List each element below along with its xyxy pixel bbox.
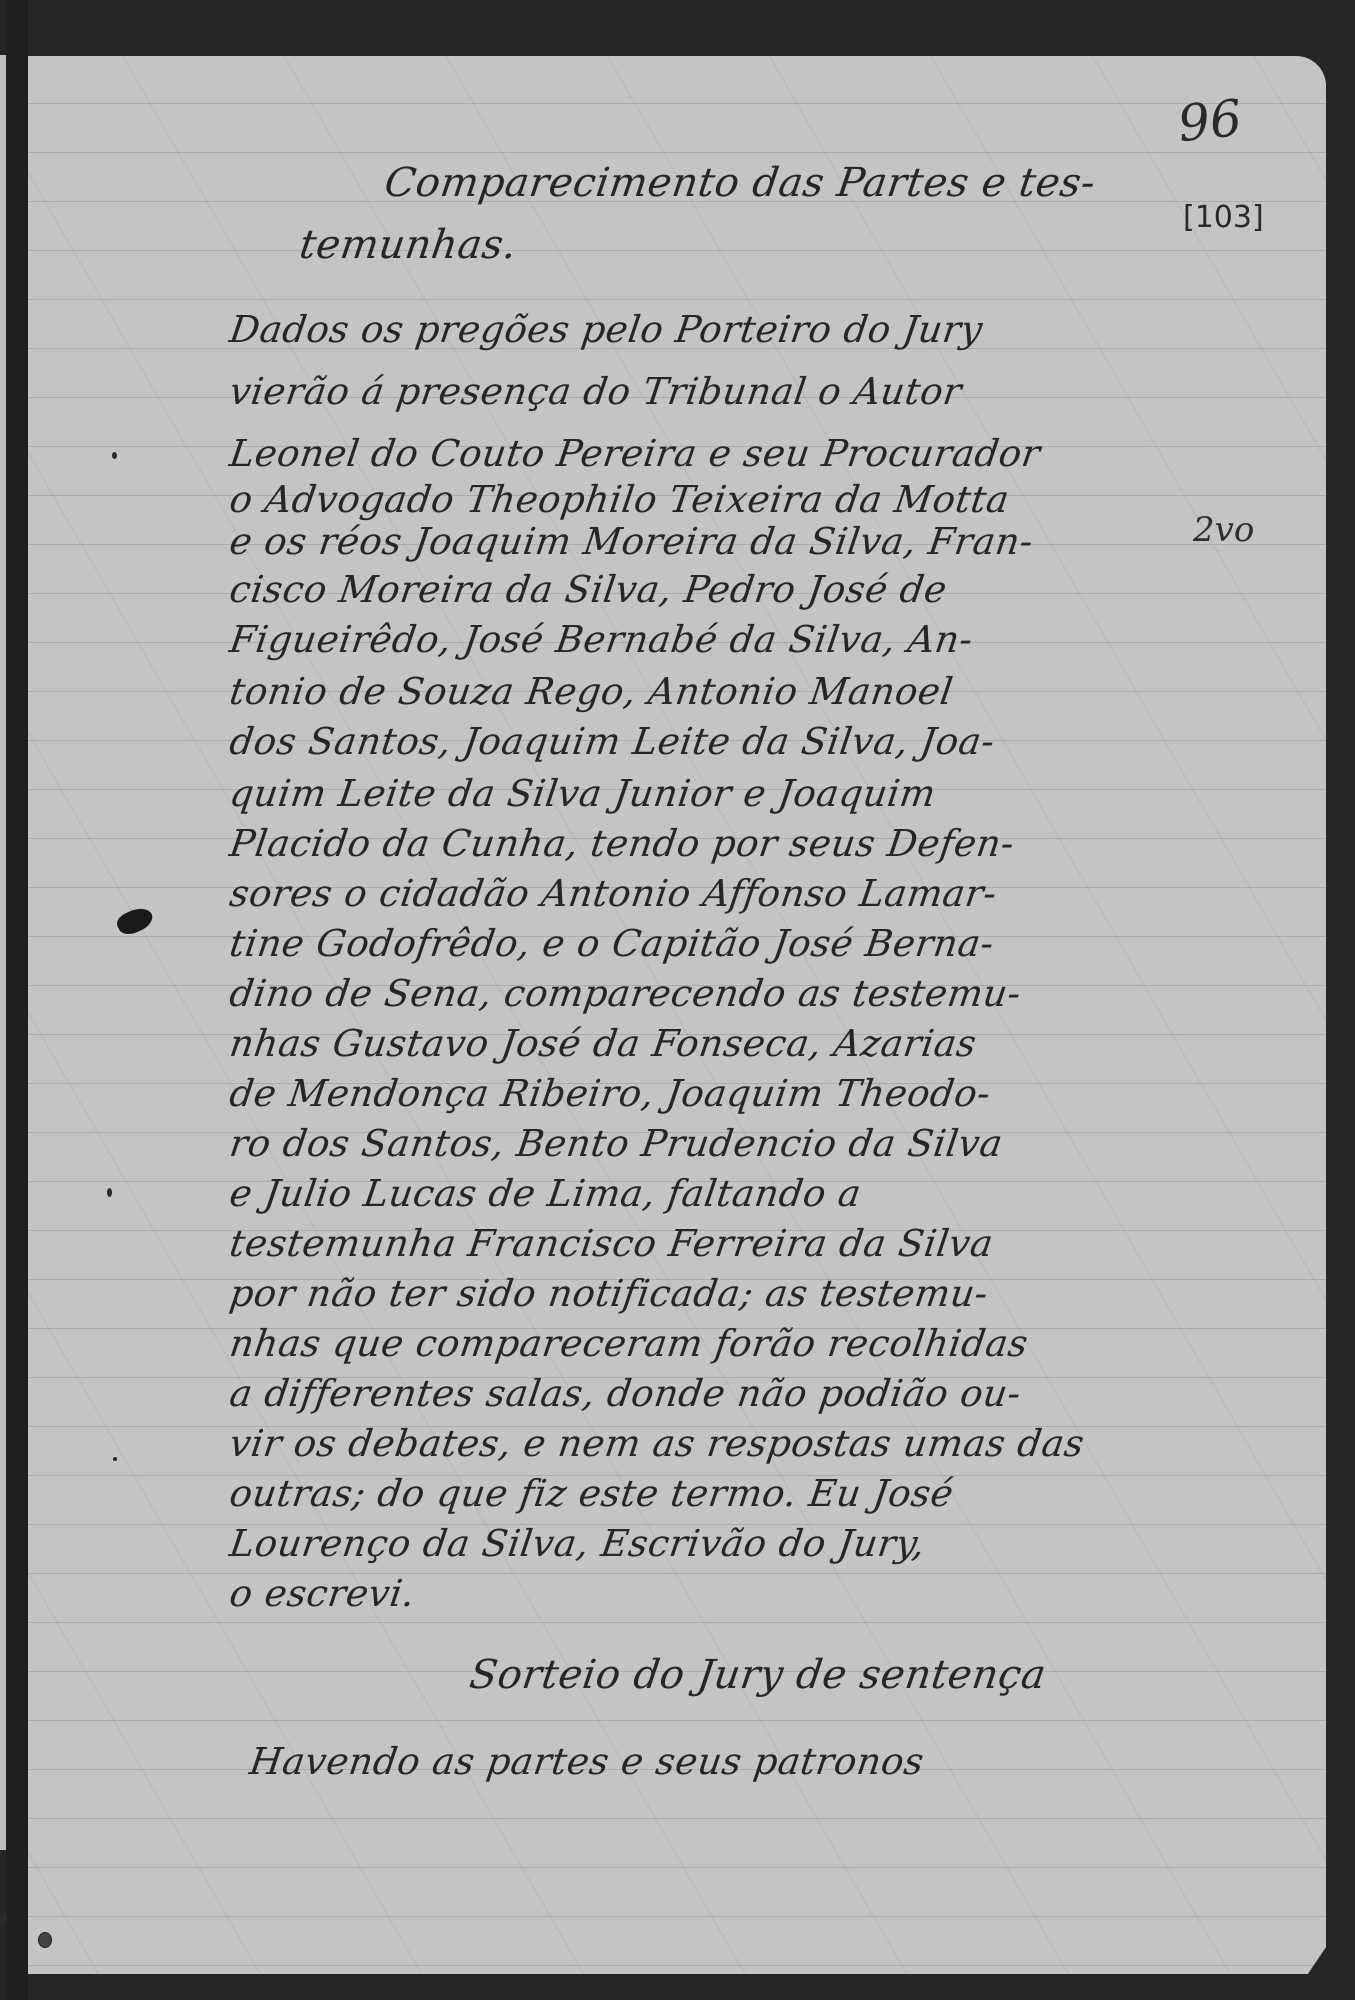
body-line: o escrevi. [227, 1572, 1203, 1615]
adjacent-page-strip [0, 55, 6, 1850]
body-line: ro dos Santos, Bento Prudencio da Silva [227, 1122, 1203, 1165]
body-line: e os réos Joaquim Moreira da Silva, Fran… [227, 520, 1203, 563]
ink-speck [112, 452, 117, 459]
binding-hole [0, 1912, 7, 1924]
body-line: de Mendonça Ribeiro, Joaquim Theodo- [227, 1072, 1203, 1115]
body-line: sores o cidadão Antonio Affonso Lamar- [227, 872, 1203, 915]
body-line: Lourenço da Silva, Escrivão do Jury, [227, 1522, 1203, 1565]
body-line: vir os debates, e nem as respostas umas … [227, 1422, 1203, 1465]
body-line: Figueirêdo, José Bernabé da Silva, An- [227, 618, 1203, 661]
body-line: tonio de Souza Rego, Antonio Manoel [227, 670, 1203, 713]
body-line: nhas Gustavo José da Fonseca, Azarias [227, 1022, 1203, 1065]
body-line: cisco Moreira da Silva, Pedro José de [227, 568, 1203, 611]
body-line: o Advogado Theophilo Teixeira da Motta [227, 478, 1203, 521]
body-line: nhas que compareceram forão recolhidas [227, 1322, 1203, 1365]
folio-number: 96 [1175, 89, 1244, 153]
body-line: Dados os pregões pelo Porteiro do Jury [227, 308, 1203, 351]
body-line: dos Santos, Joaquim Leite da Silva, Joa- [227, 720, 1203, 763]
body-line: por não ter sido notificada; as testemu- [227, 1272, 1203, 1315]
scanner-background-left [6, 0, 28, 2000]
body-line: a differentes salas, donde não podião ou… [227, 1372, 1203, 1415]
heading-line-1: Comparecimento das Partes e tes- [382, 160, 1355, 206]
body-line: Placido da Cunha, tendo por seus Defen- [227, 822, 1203, 865]
ink-speck [113, 1457, 117, 1461]
final-line: Havendo as partes e seus patronos [247, 1740, 1223, 1783]
margin-note: 2vo [1193, 510, 1254, 550]
body-line: dino de Sena, comparecendo as testemu- [227, 972, 1203, 1015]
heading-line-2: temunhas. [297, 222, 1273, 268]
body-line: tine Godofrêdo, e o Capitão José Berna- [227, 922, 1203, 965]
body-line: quim Leite da Silva Junior e Joaquim [227, 772, 1203, 815]
binding-hole [38, 1932, 52, 1948]
body-line: e Julio Lucas de Lima, faltando a [227, 1172, 1203, 1215]
body-line: testemunha Francisco Ferreira da Silva [227, 1222, 1203, 1265]
ink-speck [107, 1188, 112, 1197]
body-line: outras; do que fiz este termo. Eu José [227, 1472, 1203, 1515]
body-line: vierão á presença do Tribunal o Autor [227, 370, 1203, 413]
body-line: Leonel do Couto Pereira e seu Procurador [227, 432, 1203, 475]
section-heading: Sorteio do Jury de sentença [467, 1652, 1355, 1698]
